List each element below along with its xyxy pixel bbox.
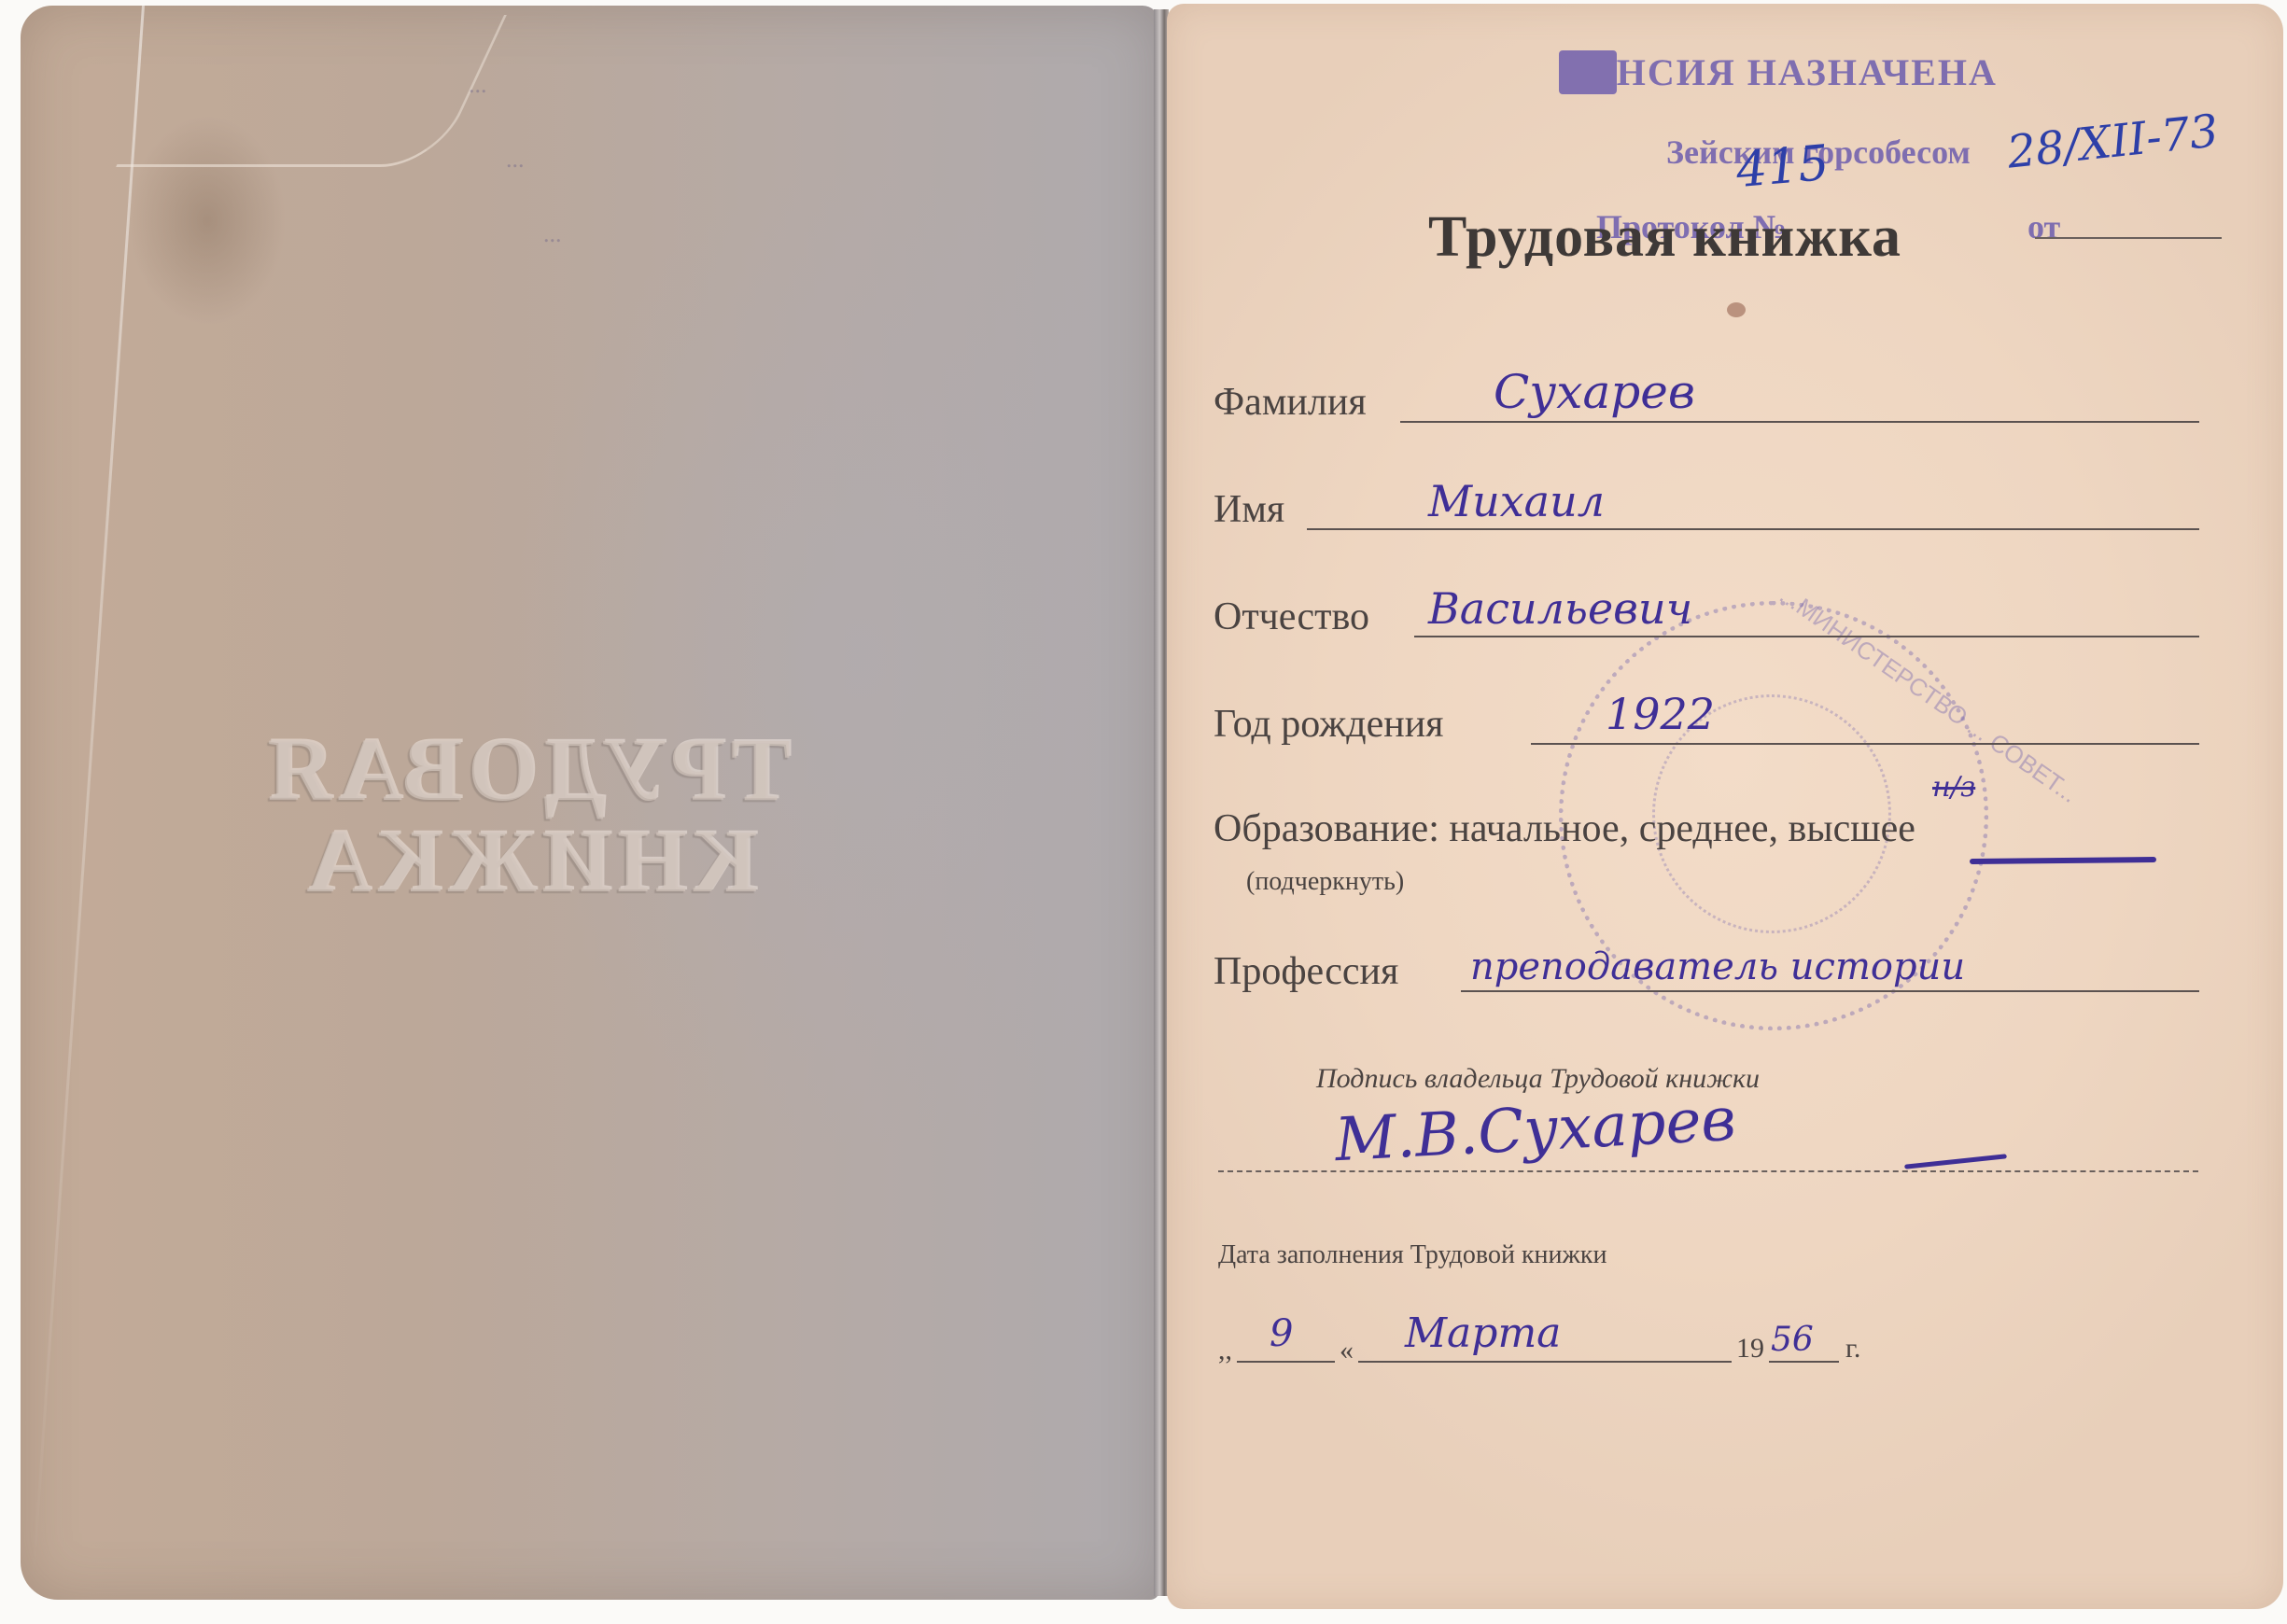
surname-value: Сухарев (1494, 365, 1695, 419)
field-profession: Профессия преподаватель истории (1214, 932, 2199, 998)
date-year-line (1769, 1361, 1839, 1363)
education-selected-underline (1970, 857, 2156, 864)
surname-label: Фамилия (1214, 380, 1367, 425)
profession-label: Профессия (1214, 949, 1398, 994)
birth-year-line (1531, 743, 2199, 745)
date-open-quote: ,, (1218, 1335, 1232, 1366)
embossed-cover-title-mirrored: ТРУДОВАЯ КНИЖКА (268, 724, 791, 907)
birth-year-label: Год рождения (1214, 702, 1444, 747)
owner-signature: М.В.Сухарев (1333, 1085, 1737, 1175)
protocol-date-handwritten: 28/XII-73 (2005, 105, 2221, 178)
paper-tear (116, 15, 507, 167)
scanned-document: ... ... ... ТРУДОВАЯ КНИЖКА ...МИНИСТЕРС… (0, 0, 2287, 1624)
stamp-smudge: ПЕ (1559, 50, 1617, 94)
first-name-line (1307, 528, 2199, 530)
date-day-value: 9 (1270, 1312, 1293, 1355)
paper-stain (1727, 302, 1746, 317)
right-page-title-form: ...МИНИСТЕРСТВО ... СОВЕТ... ПЕНСИЯ НАЗН… (1167, 4, 2283, 1609)
fill-date-caption: Дата заполнения Трудовой книжки (1218, 1240, 1607, 1270)
education-label: Образование: (1214, 807, 1439, 850)
bleed-through-stamp: ... (469, 71, 487, 99)
date-month-value: Марта (1405, 1309, 1561, 1357)
date-year-value: 56 (1771, 1321, 1814, 1359)
paper-crease (31, 6, 145, 1589)
date-month-line (1358, 1361, 1732, 1363)
bleed-through-stamp: ... (506, 146, 525, 174)
first-name-label: Имя (1214, 487, 1284, 532)
birth-year-value: 1922 (1606, 689, 1715, 739)
emboss-line-1: ТРУДОВАЯ (268, 724, 791, 816)
field-surname: Фамилия Сухарев (1214, 363, 2199, 428)
date-close-quote: « (1340, 1335, 1354, 1366)
date-year-unit: г. (1845, 1333, 1860, 1365)
patronymic-label: Отчество (1214, 595, 1369, 639)
surname-line (1400, 421, 2199, 423)
signature-line (1218, 1170, 2198, 1172)
field-patronymic: Отчество Васильевич (1214, 578, 2199, 643)
profession-value: преподаватель истории (1470, 945, 1965, 988)
fill-date-row: ,, 9 « Марта 19 56 г. (1218, 1310, 1872, 1366)
patronymic-value: Васильевич (1428, 583, 1692, 634)
protocol-number-handwritten: 415 (1734, 135, 1831, 199)
stamp-line-1-text: НСИЯ НАЗНАЧЕНА (1617, 51, 1998, 93)
signature-dash (1904, 1154, 2007, 1169)
field-education: Образование: начальное, среднее, высшее (1214, 806, 1915, 851)
education-margin-mark: н/з (1932, 771, 1975, 804)
bleed-through-stamp: ... (543, 220, 562, 248)
field-birth-year: Год рождения 1922 (1214, 685, 2199, 750)
field-first-name: Имя Михаил (1214, 470, 2199, 536)
protocol-date-line (2035, 237, 2222, 239)
date-year-prefix: 19 (1736, 1333, 1764, 1365)
stamp-line-1: ПЕНСИЯ НАЗНАЧЕНА (1559, 50, 1998, 94)
page-title: Трудовая книжка (1428, 204, 1901, 271)
emboss-line-2: КНИЖКА (268, 816, 791, 907)
protocol-from-label: от (2027, 208, 2060, 245)
education-options: начальное, среднее, высшее (1449, 807, 1915, 850)
education-hint: (подчеркнуть) (1246, 867, 1404, 897)
patronymic-line (1414, 636, 2199, 637)
left-page-inside-cover: ... ... ... ТРУДОВАЯ КНИЖКА (21, 6, 1159, 1600)
date-day-line (1237, 1361, 1335, 1363)
profession-line (1461, 990, 2199, 992)
first-name-value: Михаил (1428, 476, 1605, 526)
